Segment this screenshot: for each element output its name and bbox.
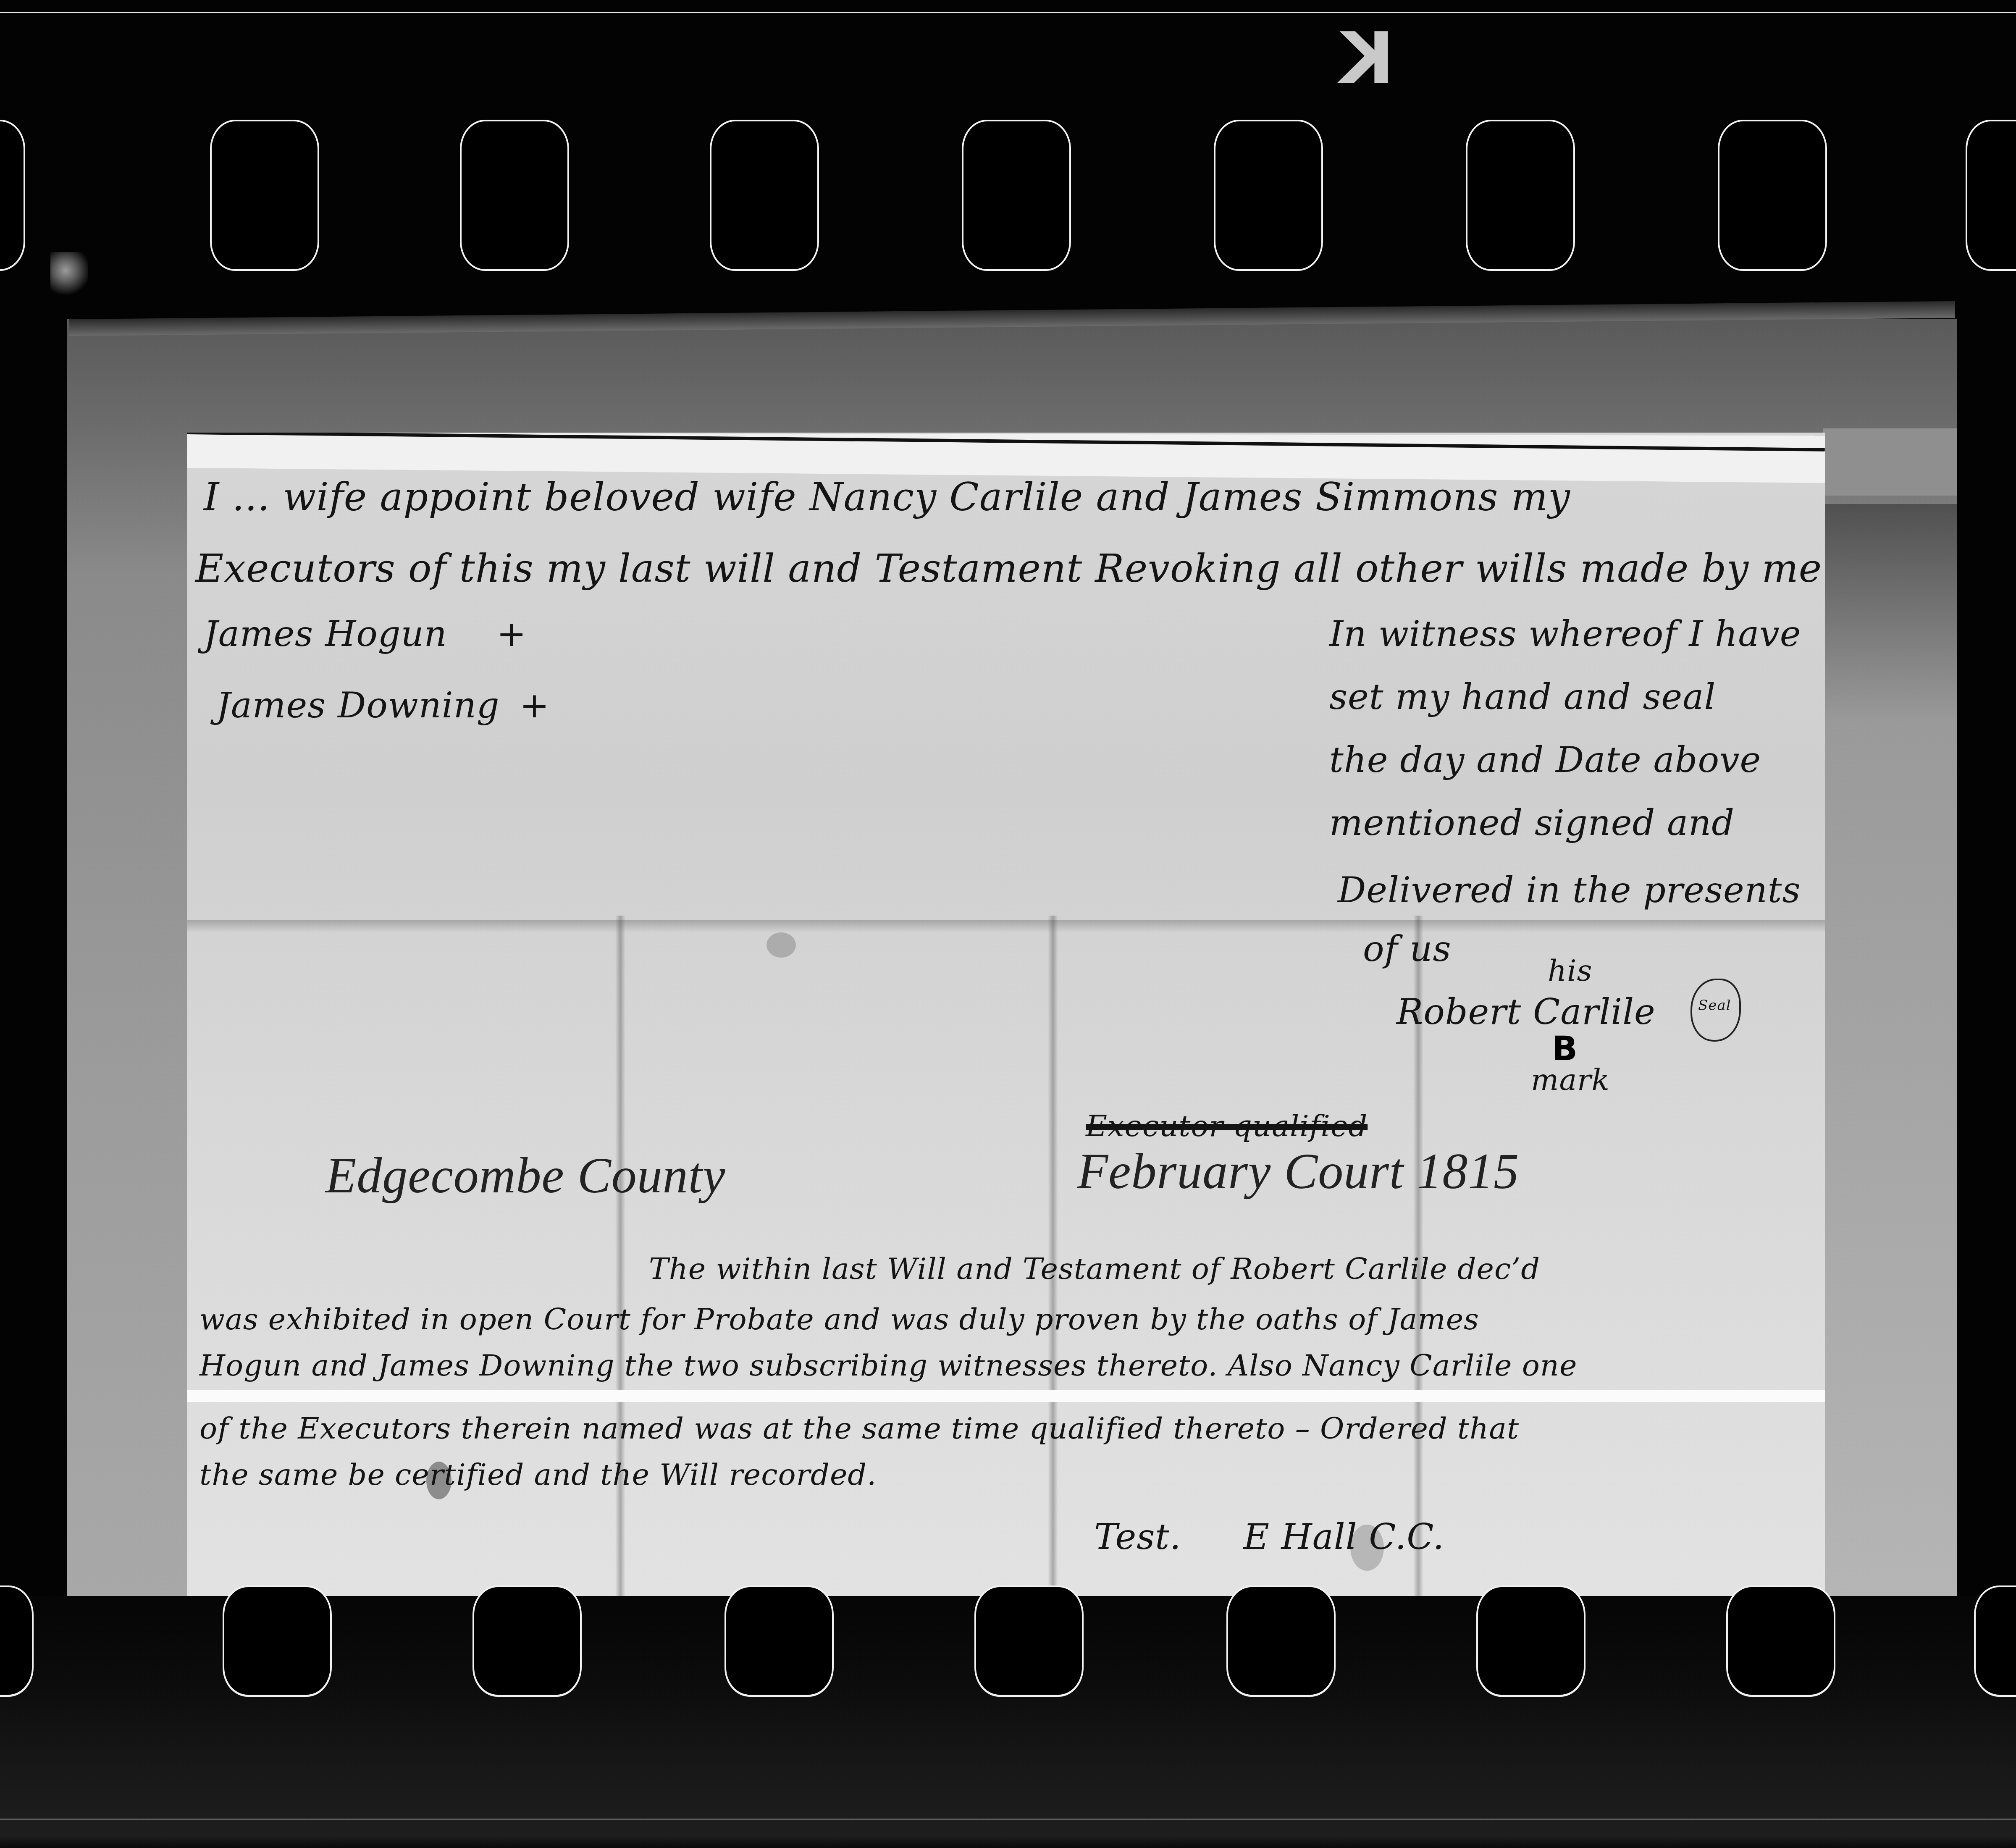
sprocket-hole-top [1718,120,1827,271]
film-top-edge [0,12,2016,13]
page-light-strip [187,1390,1825,1402]
probate-line: The within last Will and Testament of Ro… [649,1252,1540,1286]
sprocket-hole-bottom [0,1585,34,1697]
sprocket-hole-bottom [974,1585,1084,1697]
sprocket-hole-top [0,120,25,271]
backing-right-tab [1823,428,1957,496]
county-heading: Edgecombe County [325,1147,725,1205]
attestation-line: In witness whereof I have [1329,613,1801,654]
microfilm-strip: K I ... wife appoint beloved wife Nancy … [0,0,2016,1848]
sprocket-hole-top [1466,120,1575,271]
signature-mark: mark [1531,1063,1610,1097]
seal-icon: Seal [1690,979,1741,1042]
witness-name: James Downing [216,685,500,726]
attestation-line: the day and Date above [1329,739,1761,780]
signature-his: his [1548,953,1592,988]
sprocket-hole-top [962,120,1071,271]
court-date-heading: February Court 1815 [1077,1142,1519,1200]
witness-signature: James Hogun + [204,613,527,654]
testator-signature: Robert Carlile [1396,991,1656,1032]
sprocket-hole-bottom [1476,1585,1585,1697]
fold-crease-horizontal [187,920,1825,932]
clerk-attest: Test. E Hall C.C. [1094,1516,1444,1557]
film-speck [50,252,88,298]
witness-name: James Hogun [204,613,447,654]
sprocket-hole-top [710,120,819,271]
will-document-page: I ... wife appoint beloved wife Nancy Ca… [187,433,1825,1596]
will-body-line: Executors of this my last will and Testa… [195,546,1822,591]
sprocket-hole-bottom [1726,1585,1835,1697]
fold-crease-vertical [615,916,625,1596]
sprocket-hole-bottom [724,1585,834,1697]
sprocket-hole-top [210,120,319,271]
attestation-line: mentioned signed and [1329,802,1735,843]
backing-right-flap [1823,504,1957,1596]
attest-prefix: Test. [1094,1516,1181,1557]
film-bottom-edge [0,1819,2016,1820]
struck-annotation: Executor qualified [1086,1109,1368,1143]
sprocket-hole-top [460,120,569,271]
sprocket-hole-bottom [223,1585,332,1697]
will-body-line: I ... wife appoint beloved wife Nancy Ca… [204,475,1570,520]
probate-line: was exhibited in open Court for Probate … [199,1302,1479,1336]
clerk-signature: E Hall C.C. [1243,1516,1444,1557]
sprocket-hole-bottom [1974,1585,2016,1697]
sprocket-hole-top [1966,120,2016,271]
probate-line: Hogun and James Downing the two subscrib… [199,1348,1577,1383]
seal-label: Seal [1698,997,1731,1014]
sprocket-hole-bottom [1226,1585,1336,1697]
probate-line: of the Executors therein named was at th… [199,1411,1519,1446]
attestation-line: set my hand and seal [1329,676,1716,717]
attestation-line: of us [1363,928,1452,969]
frame-marker-letter: K [1340,29,1394,88]
witness-signature: James Downing + [216,685,550,726]
sprocket-hole-bottom [472,1585,582,1697]
sprocket-hole-top [1214,120,1323,271]
attestation-line: Delivered in the presents [1338,869,1801,911]
witness-mark: + [520,685,549,726]
witness-mark: + [496,613,526,654]
probate-line: the same be certified and the Will recor… [199,1457,877,1492]
ink-stain [766,932,796,958]
